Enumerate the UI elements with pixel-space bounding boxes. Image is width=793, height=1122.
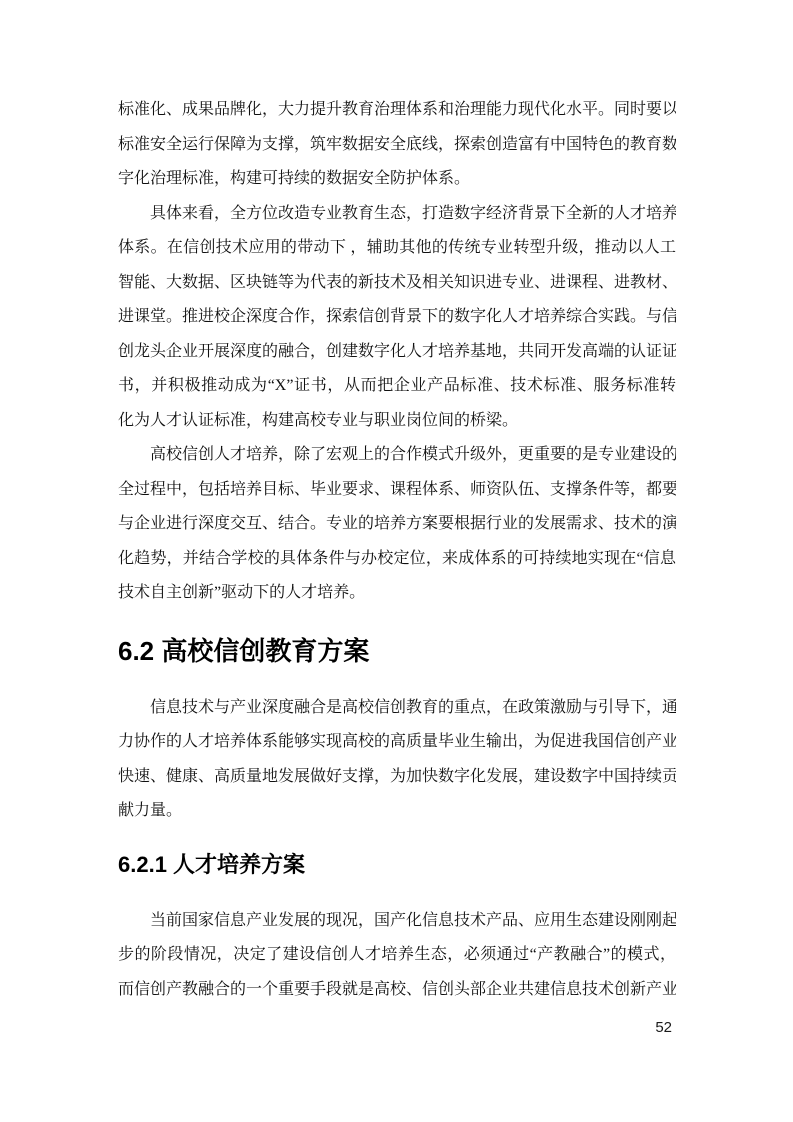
text-line: 步的阶段情况，决定了建设信创人才培养生态，必须通过“产教融合”的模式， [118,938,676,973]
text-line: 智能、大数据、区块链等为代表的新技术及相关知识进专业、进课程、进教材、 [118,266,676,301]
text-line: 献力量。 [118,794,676,829]
text-line: 力协作的人才培养体系能够实现高校的高质量毕业生输出，为促进我国信创产业 [118,725,676,760]
subsection-heading-6-2-1: 6.2.1 人才培养方案 [118,849,676,881]
page-content: 标准化、成果品牌化，大力提升教育治理体系和治理能力现代化水平。同时要以 标准安全… [118,93,676,1007]
text-line: 进课堂。推进校企深度合作，探索信创背景下的数字化人才培养综合实践。与信 [118,300,676,335]
text-line: 当前国家信息产业发展的现况，国产化信息技术产品、应用生态建设刚刚起 [118,904,676,939]
text-line: 化为人才认证标准，构建高校专业与职业岗位间的桥梁。 [118,404,676,439]
paragraph-5: 当前国家信息产业发展的现况，国产化信息技术产品、应用生态建设刚刚起 步的阶段情况… [118,904,676,1008]
text-line: 全过程中，包括培养目标、毕业要求、课程体系、师资队伍、支撑条件等，都要 [118,473,676,508]
paragraph-2: 具体来看，全方位改造专业教育生态，打造数字经济背景下全新的人才培养 体系。在信创… [118,197,676,439]
text-line: 技术自主创新”驱动下的人才培养。 [118,576,676,611]
text-line: 标准安全运行保障为支撑，筑牢数据安全底线，探索创造富有中国特色的教育数 [118,128,676,163]
text-line: 具体来看，全方位改造专业教育生态，打造数字经济背景下全新的人才培养 [118,197,676,232]
text-line: 与企业进行深度交互、结合。专业的培养方案要根据行业的发展需求、技术的演 [118,507,676,542]
text-line: 体系。在信创技术应用的带动下 ，辅助其他的传统专业转型升级，推动以人工 [118,231,676,266]
text-line: 高校信创人才培养，除了宏观上的合作模式升级外，更重要的是专业建设的 [118,438,676,473]
document-page: 标准化、成果品牌化，大力提升教育治理体系和治理能力现代化水平。同时要以 标准安全… [0,0,793,1122]
text-line: 标准化、成果品牌化，大力提升教育治理体系和治理能力现代化水平。同时要以 [118,93,676,128]
section-heading-6-2: 6.2 高校信创教育方案 [118,631,676,671]
paragraph-1: 标准化、成果品牌化，大力提升教育治理体系和治理能力现代化水平。同时要以 标准安全… [118,93,676,197]
paragraph-3: 高校信创人才培养，除了宏观上的合作模式升级外，更重要的是专业建设的 全过程中，包… [118,438,676,611]
text-line: 书，并积极推动成为“X”证书，从而把企业产品标准、技术标准、服务标准转 [118,369,676,404]
page-number: 52 [655,1020,672,1035]
paragraph-4: 信息技术与产业深度融合是高校信创教育的重点，在政策激励与引导下，通 力协作的人才… [118,691,676,829]
text-line: 信息技术与产业深度融合是高校信创教育的重点，在政策激励与引导下，通 [118,691,676,726]
text-line: 创龙头企业开展深度的融合，创建数字化人才培养基地，共同开发高端的认证证 [118,335,676,370]
text-line: 快速、健康、高质量地发展做好支撑，为加快数字化发展，建设数字中国持续贡 [118,760,676,795]
text-line: 字化治理标准，构建可持续的数据安全防护体系。 [118,162,676,197]
text-line: 而信创产教融合的一个重要手段就是高校、信创头部企业共建信息技术创新产业 [118,973,676,1008]
text-line: 化趋势，并结合学校的具体条件与办校定位，来成体系的可持续地实现在“信息 [118,542,676,577]
